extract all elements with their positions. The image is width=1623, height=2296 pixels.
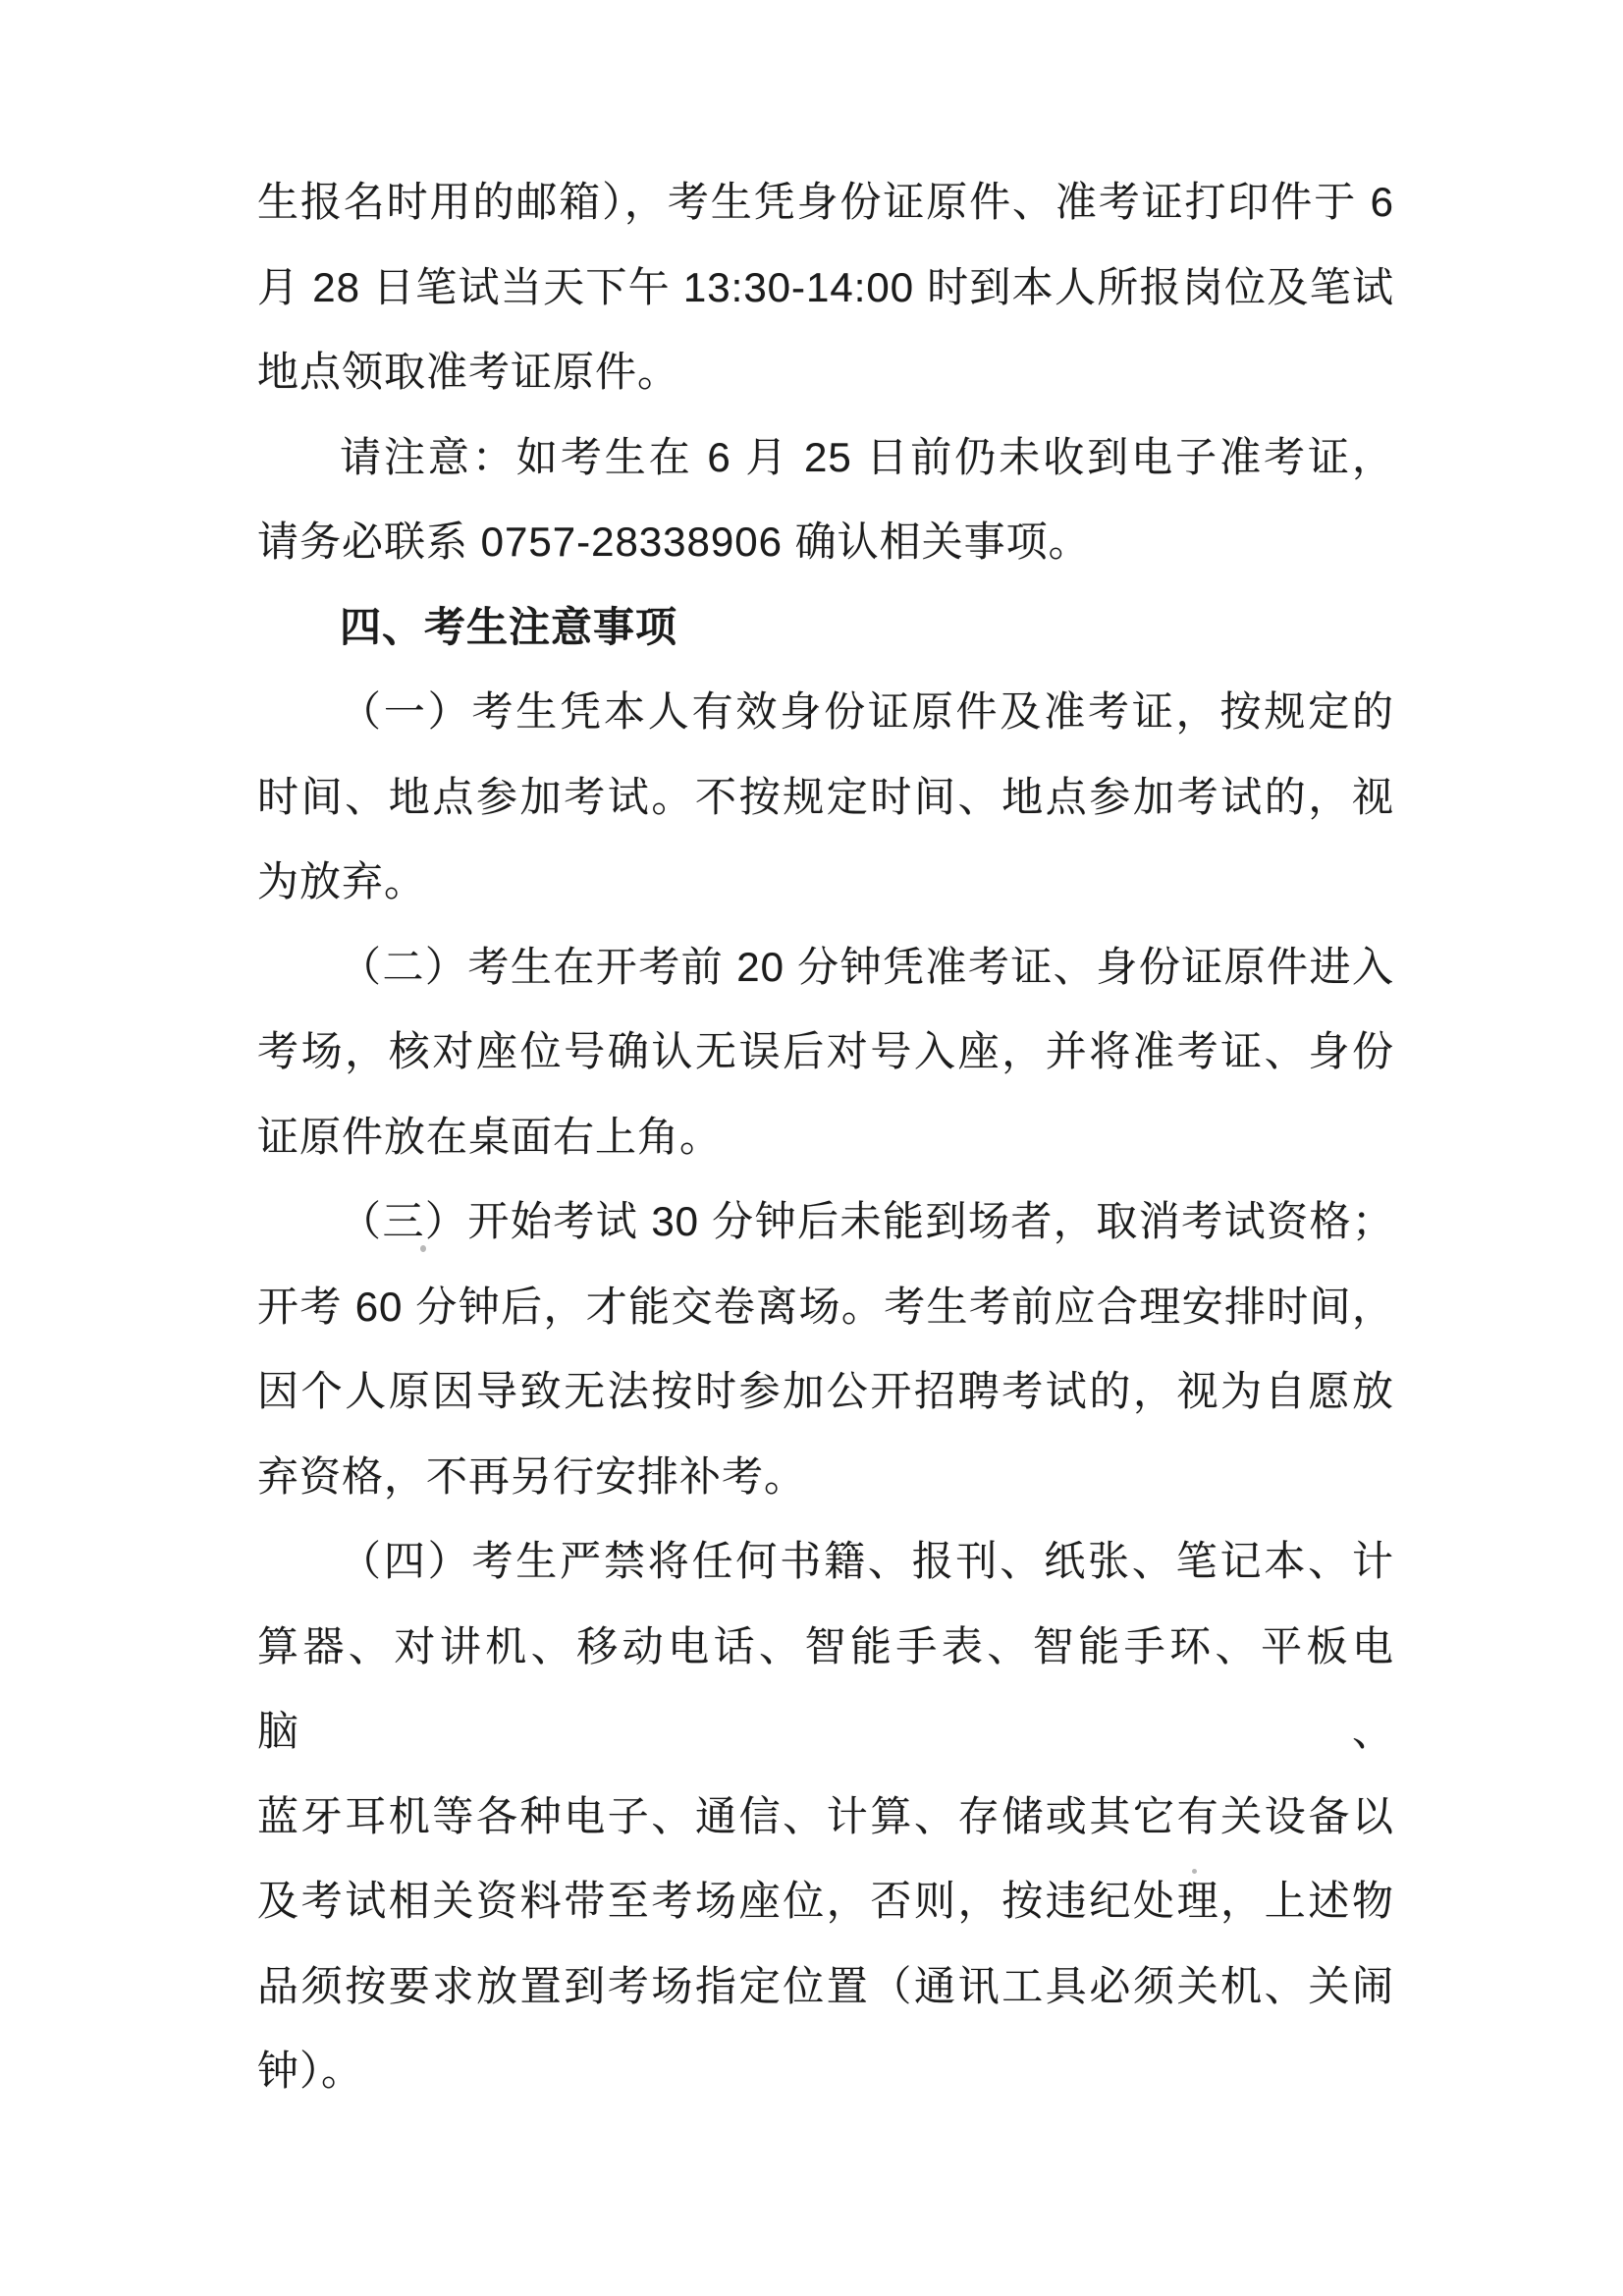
text-line-5: 请务必联系 0757-28338906 确认相关事项。 xyxy=(257,500,1394,585)
text-line-14: 开考 60 分钟后，才能交卷离场。考生考前应合理安排时间， xyxy=(257,1265,1394,1350)
text-line-10: （二）考生在开考前 20 分钟凭准考证、身份证原件进入 xyxy=(257,925,1394,1011)
text-line-2: 月 28 日笔试当天下午 13:30-14:00 时到本人所报岗位及笔试 xyxy=(257,246,1394,331)
text-line-7: （一）考生凭本人有效身份证原件及准考证，按规定的 xyxy=(257,670,1394,755)
scan-speck xyxy=(420,1245,426,1252)
scan-speck xyxy=(1192,1869,1197,1874)
text-line-15: 因个人原因导致无法按时参加公开招聘考试的，视为自愿放 xyxy=(257,1349,1394,1435)
text-line-3: 地点领取准考证原件。 xyxy=(257,330,1394,415)
text-line-18: 算器、对讲机、移动电话、智能手表、智能手环、平板电脑、 xyxy=(257,1605,1394,1775)
text-line-4: 请注意：如考生在 6 月 25 日前仍未收到电子准考证， xyxy=(257,415,1394,501)
text-line-21: 品须按要求放置到考场指定位置（通讯工具必须关机、关闹 xyxy=(257,1944,1394,2030)
text-line-16: 弃资格，不再另行安排补考。 xyxy=(257,1435,1394,1520)
text-line-17: （四）考生严禁将任何书籍、报刊、纸张、笔记本、计 xyxy=(257,1519,1394,1605)
text-line-12: 证原件放在桌面右上角。 xyxy=(257,1095,1394,1180)
text-line-1: 生报名时用的邮箱），考生凭身份证原件、准考证打印件于 6 xyxy=(257,160,1394,246)
section-heading: 四、考生注意事项 xyxy=(257,585,1394,671)
document-page: 生报名时用的邮箱），考生凭身份证原件、准考证打印件于 6 月 28 日笔试当天下… xyxy=(0,0,1623,2296)
text-line-8: 时间、地点参加考试。不按规定时间、地点参加考试的，视 xyxy=(257,755,1394,841)
text-line-13: （三）开始考试 30 分钟后未能到场者，取消考试资格； xyxy=(257,1179,1394,1265)
text-line-20: 及考试相关资料带至考场座位，否则，按违纪处理，上述物 xyxy=(257,1859,1394,1944)
text-line-19: 蓝牙耳机等各种电子、通信、计算、存储或其它有关设备以 xyxy=(257,1775,1394,1860)
text-line-11: 考场，核对座位号确认无误后对号入座，并将准考证、身份 xyxy=(257,1010,1394,1095)
text-line-9: 为放弃。 xyxy=(257,840,1394,925)
text-line-22: 钟）。 xyxy=(257,2029,1394,2114)
